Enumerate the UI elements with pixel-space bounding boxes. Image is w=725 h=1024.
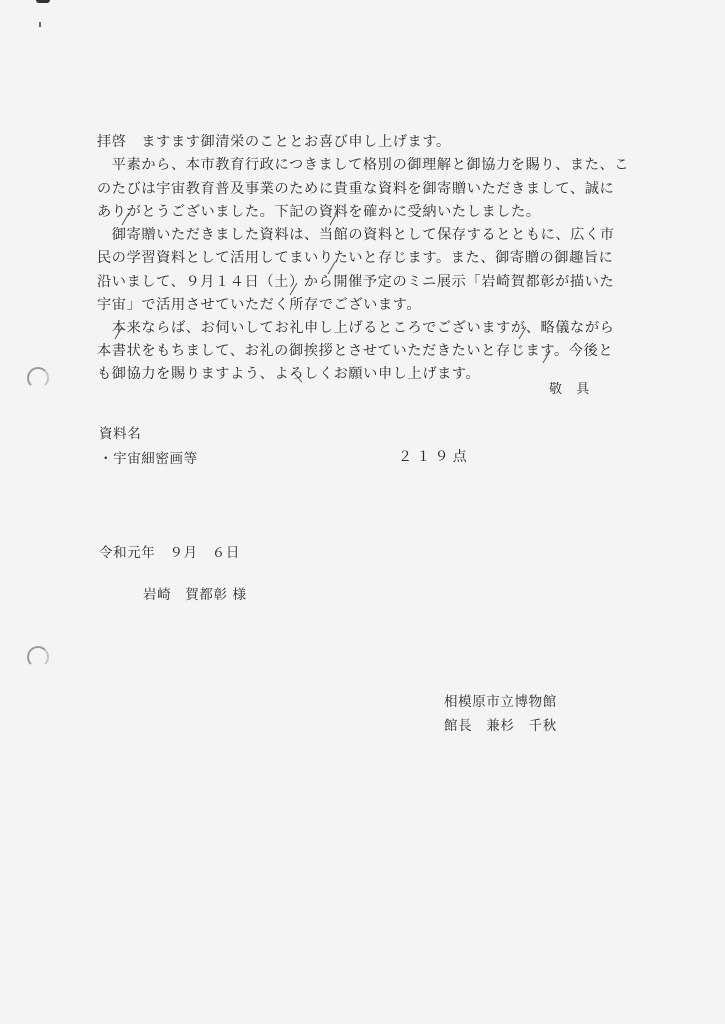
punch-hole-mark — [27, 646, 49, 668]
scan-mark — [36, 0, 50, 3]
punch-hole-mark — [27, 367, 49, 389]
closing-keigu: 敬 具 — [549, 378, 590, 397]
opening-line: 拝啓 ますます御清栄のこととお喜び申し上げます。 — [97, 131, 451, 151]
materials-heading: 資料名 — [99, 422, 141, 442]
paragraph2-line: 民の学習資料として活用してまいりたいと存じます。また、御寄贈の御趣旨に — [97, 247, 613, 267]
paragraph1-line: ありがとうございました。下記の資料を確かに受納いたしました。 — [97, 201, 541, 221]
paragraph1-line: のたびは宇宙教育普及事業のために貴重な資料を御寄贈いただきまして、誠に — [97, 178, 614, 198]
sender-title-name: 館長 兼杉 千秋 — [444, 714, 557, 734]
scan-dot — [39, 22, 41, 27]
material-item-name: ・宇宙細密画等 — [99, 447, 198, 467]
paragraph2-line: 宇宙」で活用させていただく所存でございます。 — [97, 294, 421, 314]
recipient-name: 岩崎 賀都彰 様 — [143, 583, 247, 603]
paragraph3-line: 本書状をもちまして、お礼の御挨拶とさせていただきたいと存じます。今後と — [97, 340, 613, 360]
material-item-count: ２１９点 — [398, 446, 471, 466]
paragraph1-line: 平素から、本市教育行政につきまして格別の御理解と御協力を賜り、また、こ — [97, 154, 629, 174]
letter-date: 令和元年 ９月 ６日 — [99, 541, 240, 561]
paragraph3-line: 本来ならば、お伺いしてお礼申し上げるところでございますが、略儀ながら — [97, 317, 614, 337]
paragraph2-line: 御寄贈いただきました資料は、当館の資料として保存するとともに、広く市 — [97, 224, 615, 244]
sender-organization: 相模原市立博物館 — [444, 690, 557, 710]
paragraph3-line: も御協力を賜りますよう、よろしくお願い申し上げます。 — [97, 363, 480, 383]
letter-page: 拝啓 ますます御清栄のこととお喜び申し上げます。 平素から、本市教育行政につきま… — [0, 0, 725, 1024]
paragraph2-line: 沿いまして、９月１４日（土）から開催予定のミニ展示「岩崎賀都彰が描いた — [97, 271, 614, 291]
